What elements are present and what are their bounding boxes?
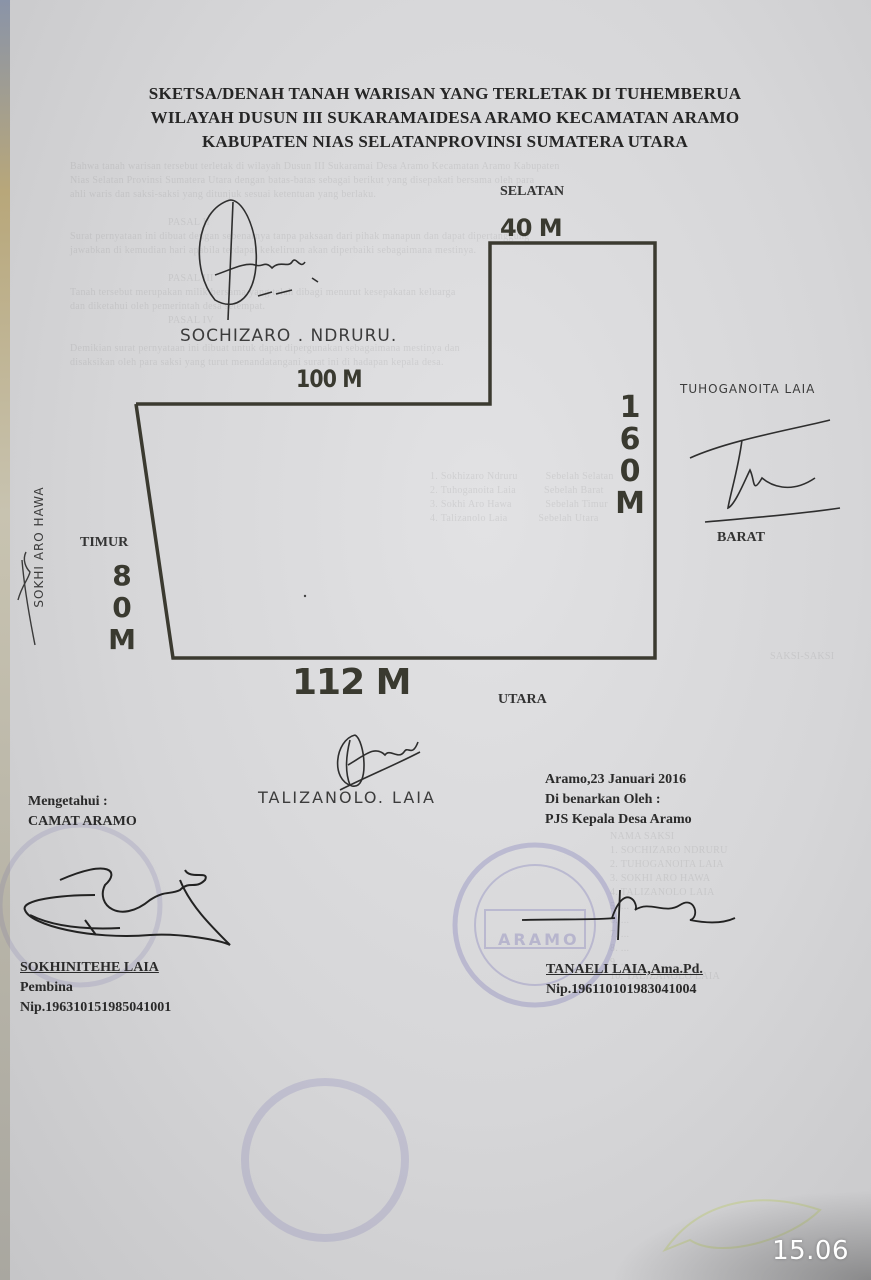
photo-shadow: [611, 1190, 871, 1280]
direction-north-label: UTARA: [498, 692, 547, 708]
document-title: SKETSA/DENAH TANAH WARISAN YANG TERLETAK…: [60, 82, 830, 154]
dibenarkan-label: Di benarkan Oleh :: [545, 790, 692, 810]
camat-rank: Pembina: [20, 978, 171, 998]
dimension-left-char: 0: [102, 592, 142, 624]
neighbor-south-name: SOCHIZARO . NDRURU.: [180, 326, 397, 346]
kepala-desa-nip: Nip.196110101983041004: [546, 980, 703, 1000]
dimension-right: 160M: [610, 392, 650, 520]
neighbor-west-name: TUHOGANOITA LAIA: [680, 382, 815, 396]
left-signatory-footer: SOKHINITEHE LAIA Pembina Nip.19631015198…: [20, 958, 171, 1018]
dimension-right-char: 0: [610, 456, 650, 488]
mengetahui-label: Mengetahui :: [28, 792, 137, 812]
direction-west-label: BARAT: [717, 530, 765, 546]
dimension-right-char: M: [610, 488, 650, 520]
title-line-1: SKETSA/DENAH TANAH WARISAN YANG TERLETAK…: [60, 82, 830, 106]
dimension-left-char: 8: [102, 560, 142, 592]
camat-office-label: CAMAT ARAMO: [28, 812, 137, 832]
neighbor-north-name: TALIZANOLO. LAIA: [258, 788, 436, 807]
dimension-right-char: 6: [610, 424, 650, 456]
left-signatory-heading: Mengetahui : CAMAT ARAMO: [28, 792, 137, 832]
dimension-right-char: 1: [610, 392, 650, 424]
photo-timestamp: 15.06: [772, 1236, 849, 1266]
dimension-top-right: 40 M: [500, 214, 562, 242]
direction-east-label: TIMUR: [80, 535, 128, 551]
place-date: Aramo,23 Januari 2016: [545, 770, 692, 790]
dimension-left-char: M: [102, 624, 142, 656]
camat-name: SOKHINITEHE LAIA: [20, 958, 171, 978]
title-line-2: WILAYAH DUSUN III SUKARAMAIDESA ARAMO KE…: [60, 106, 830, 130]
right-signatory-heading: Aramo,23 Januari 2016 Di benarkan Oleh :…: [545, 770, 692, 830]
title-line-3: KABUPATEN NIAS SELATANPROVINSI SUMATERA …: [60, 130, 830, 154]
dimension-bottom: 112 M: [292, 662, 411, 703]
kepala-desa-name: TANAELI LAIA,Ama.Pd.: [546, 960, 703, 980]
stamp-text: ARAMO: [498, 930, 580, 949]
dimension-left: 80M: [102, 560, 142, 656]
dimension-top-left: 100 M: [296, 365, 362, 393]
right-signatory-footer: TANAELI LAIA,Ama.Pd. Nip.196110101983041…: [546, 960, 703, 1000]
neighbor-east-name: SOKHI ARO HAWA: [32, 482, 46, 612]
kepala-desa-office: PJS Kepala Desa Aramo: [545, 810, 692, 830]
direction-south-label: SELATAN: [500, 184, 564, 200]
page-edge: [0, 0, 10, 1280]
camat-nip: Nip.196310151985041001: [20, 998, 171, 1018]
